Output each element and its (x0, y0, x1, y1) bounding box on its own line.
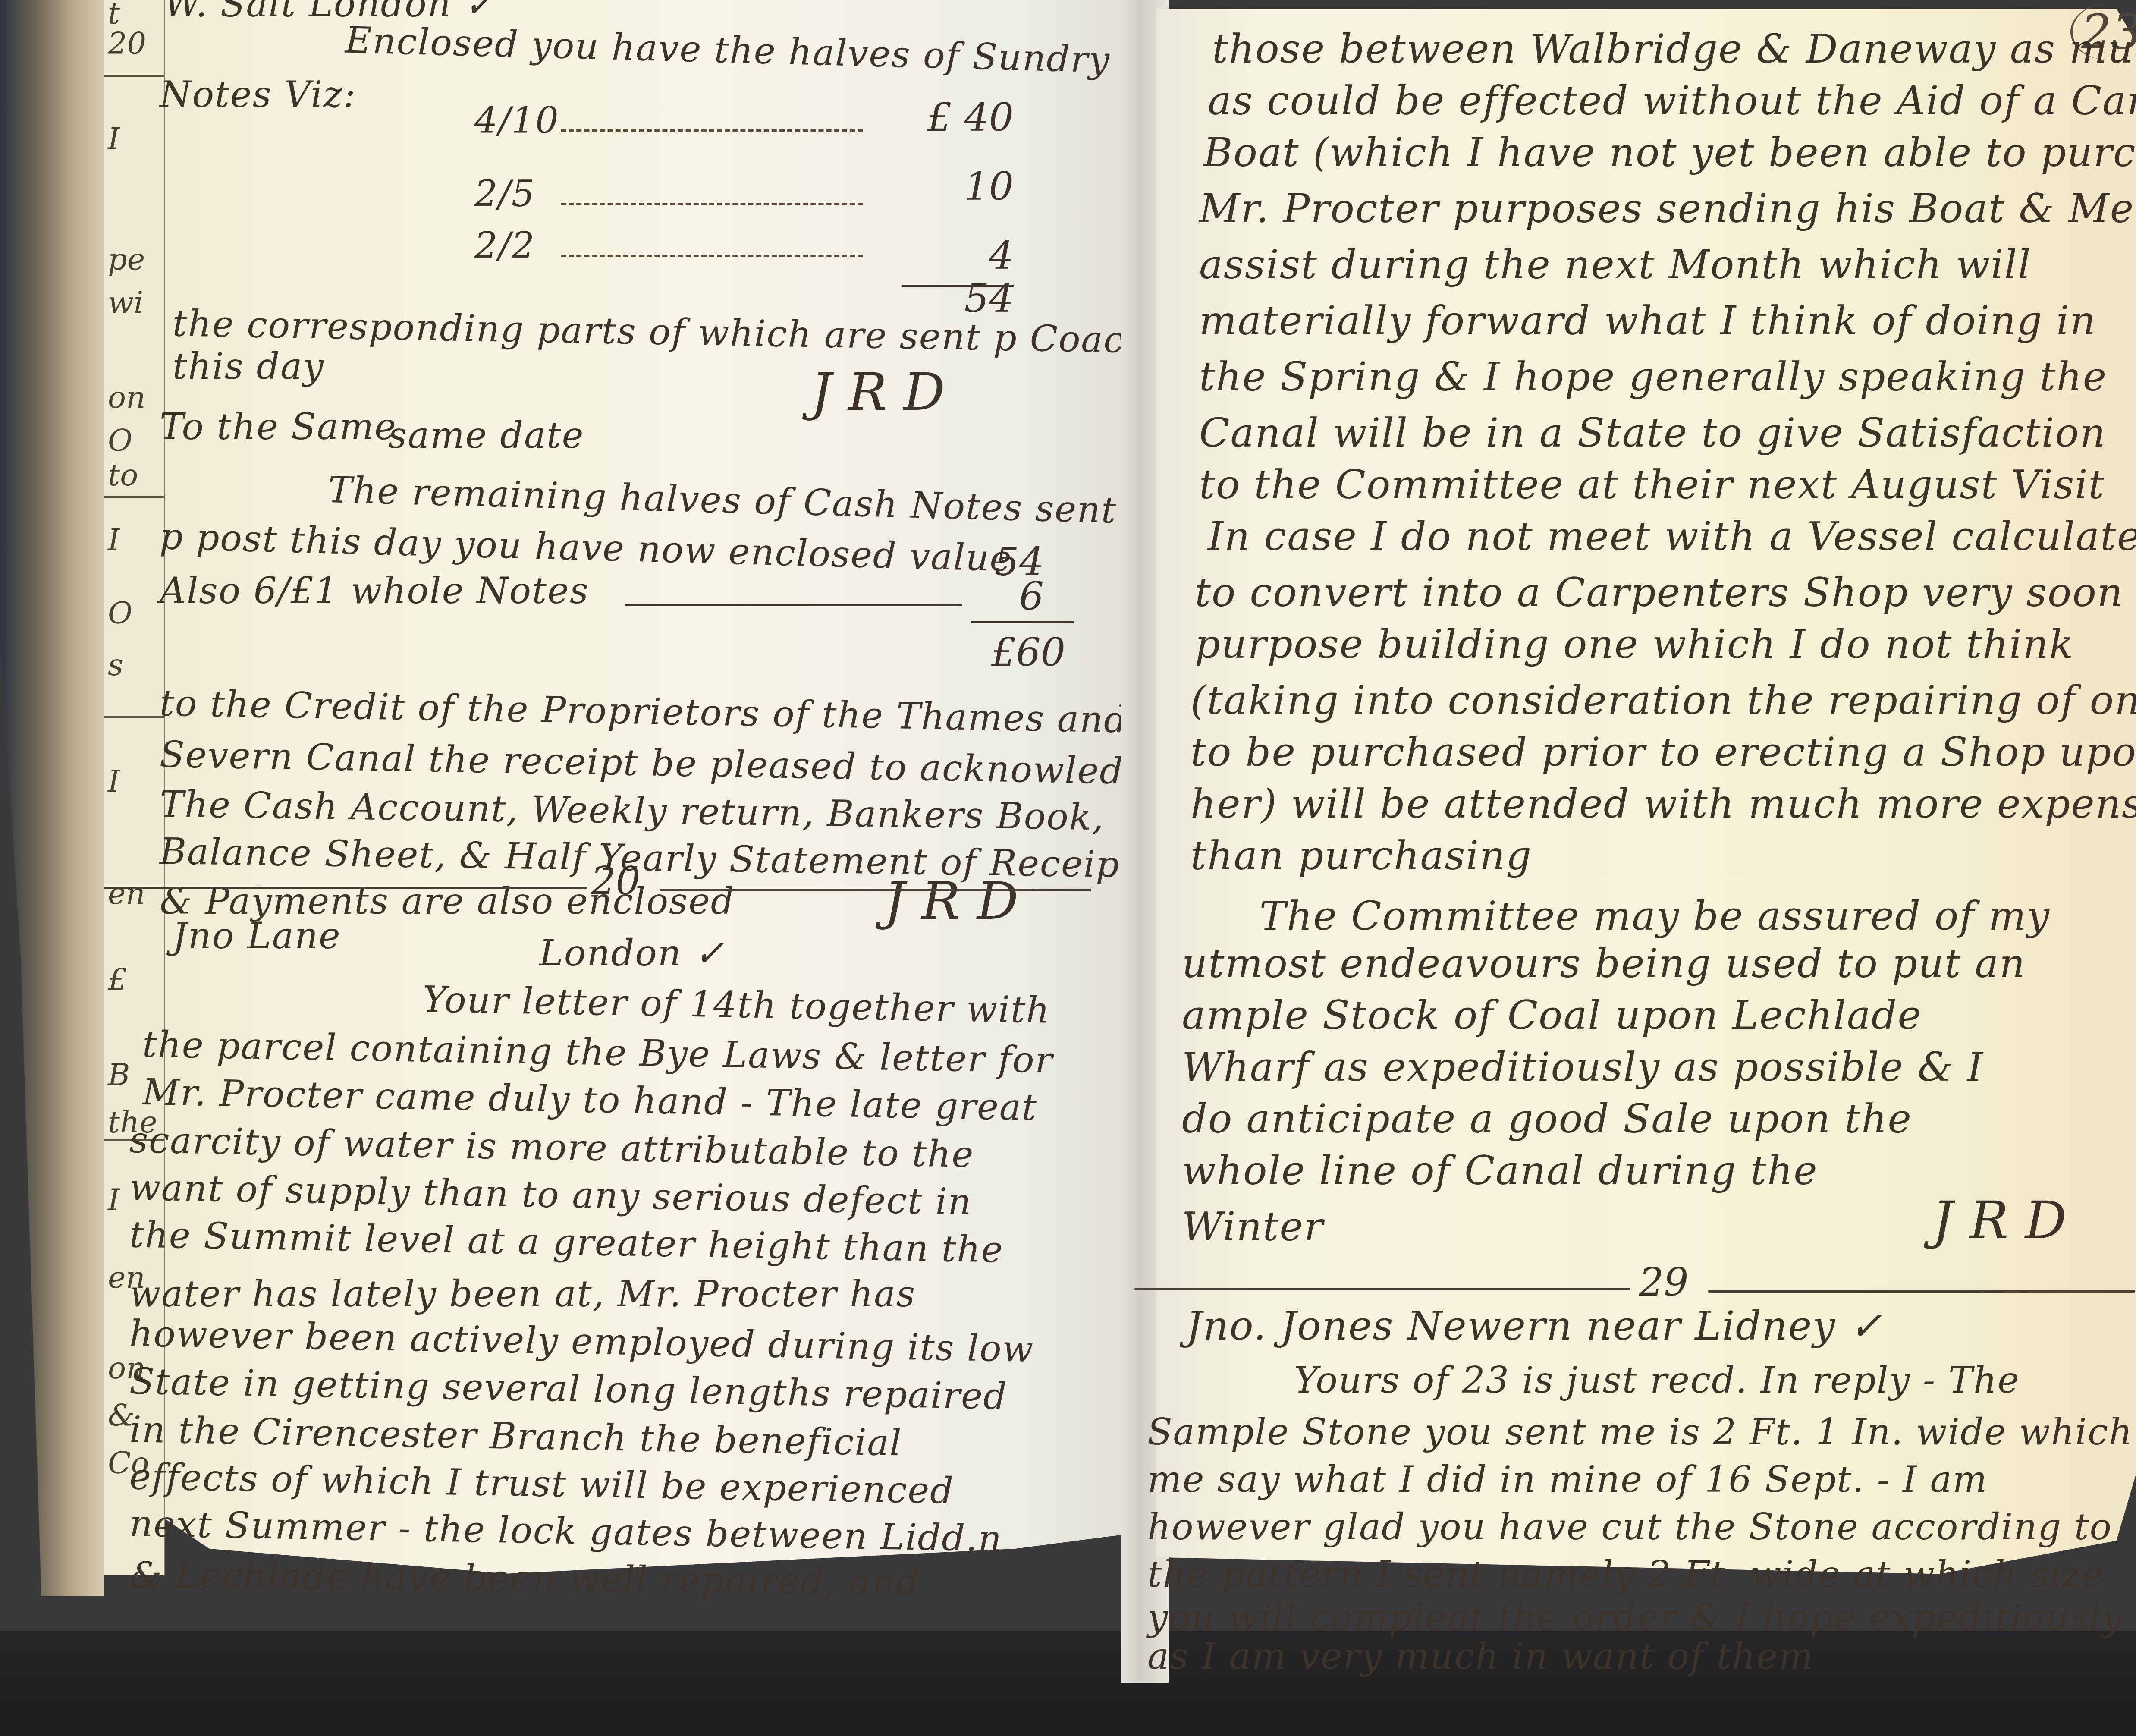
margin-fragment: on (108, 380, 145, 415)
signature: J R D (1932, 1191, 2067, 1251)
leader-dashes (561, 203, 863, 205)
letter-line: utmost endeavours being used to put an (1182, 940, 2026, 987)
letter-line: as could be effected without the Aid of … (1208, 78, 2136, 124)
letter-line: those between Walbridge & Daneway as muc… (1212, 26, 2136, 72)
letter-line: Wharf as expeditiously as possible & I (1182, 1044, 1984, 1090)
note-amount: £ 40 (884, 95, 1014, 140)
letter-line: Yours of 23 is just recd. In reply - The (1294, 1359, 2020, 1401)
signature: J R D (884, 871, 1018, 931)
letter-line: ample Stock of Coal upon Lechlade (1182, 992, 1922, 1038)
letter-line: Notes Viz: (160, 73, 356, 116)
letter-line: purpose building one which I do not thin… (1195, 621, 2074, 667)
letter-line: (taking into consideration the repairing… (1191, 677, 2136, 723)
margin-fragment: £ (108, 962, 127, 997)
letter-line: do anticipate a good Sale upon the (1182, 1096, 1912, 1142)
note-denomination: 2/5 (474, 173, 535, 215)
letter-line: In case I do not meet with a Vessel calc… (1208, 513, 2136, 560)
margin-fragment: pe (108, 242, 145, 277)
letter-line: however glad you have cut the Stone acco… (1147, 1506, 2112, 1548)
note-denomination: 2/2 (474, 224, 535, 267)
letter-line: the pattern I sent namely 2 Ft. wide at … (1147, 1553, 2104, 1595)
letter-place: London ✓ (539, 932, 726, 974)
letter-line: than purchasing (1191, 833, 1532, 879)
note-amount: 4 (884, 233, 1014, 278)
margin-fragment: I (108, 522, 120, 557)
letter-line: me say what I did in mine of 16 Sept. - … (1147, 1458, 1988, 1500)
scanner-bed-shadow (0, 1631, 2136, 1736)
note-denomination: 4/10 (474, 99, 559, 142)
letter-line: Boat (which I have not yet been able to … (1203, 129, 2136, 176)
date-rule-number: 29 (1639, 1260, 1689, 1305)
leader-dashes (561, 255, 863, 257)
margin-rule (104, 716, 164, 718)
letter-line: assist during the next Month which will (1199, 242, 2032, 288)
signature: J R D (811, 362, 945, 422)
margin-fragment: O (108, 423, 132, 458)
margin-fragment: wi (108, 285, 143, 320)
leader-line (625, 604, 962, 606)
letter-line: the Spring & I hope generally speaking t… (1199, 354, 2107, 400)
date-rule-number: 20 (591, 859, 641, 904)
letter-heading: To the Same (160, 406, 397, 448)
margin-fragment: en (108, 876, 145, 911)
margin-rule (104, 496, 164, 498)
amount: 6 (914, 574, 1044, 619)
letter-line: to convert into a Carpenters Shop very s… (1195, 569, 2136, 616)
sum-line (971, 621, 1074, 623)
margin-fragment: I (108, 1182, 120, 1217)
letter-line: water has lately been at, Mr. Procter ha… (129, 1273, 916, 1315)
addressee: Jno. Jones Newern near Lidney ✓ (1186, 1303, 1884, 1349)
margin-rule (104, 75, 164, 77)
letter-line: to be purchased prior to erecting a Shop… (1191, 729, 2136, 775)
date-rule-left (104, 887, 587, 889)
margin-fragment: B (108, 1057, 130, 1092)
margin-fragment: O (108, 595, 132, 631)
letter-line: Winter (1182, 1204, 1324, 1250)
letter-line: you will compleat the order & I hope exp… (1147, 1596, 2123, 1639)
letter-line: materially forward what I think of doing… (1199, 298, 2096, 344)
letter-line: & Lechlade have been well repaired, and (129, 1554, 920, 1603)
letter-line: Also 6/£1 whole Notes (160, 569, 589, 612)
letter-line: to the Committee at their next August Vi… (1199, 462, 2105, 508)
date-rule-right (660, 889, 1091, 891)
letter-line: The Committee may be assured of my (1260, 893, 2050, 939)
letter-date: same date (388, 414, 584, 456)
letter-line: her) will be attended with much more exp… (1191, 781, 2136, 827)
letter-line: Canal will be in a State to give Satisfa… (1199, 410, 2106, 456)
addressee: Jno Lane (173, 915, 341, 957)
margin-fragment: s (108, 647, 123, 682)
letter-line: as I am very much in want of them (1147, 1635, 1814, 1677)
leader-dashes (561, 129, 863, 132)
margin-fragment: to (108, 457, 138, 493)
letter-line: Sample Stone you sent me is 2 Ft. 1 In. … (1147, 1411, 2136, 1453)
total-amount: £60 (936, 630, 1065, 675)
margin-fragment: I (108, 121, 120, 156)
letter-line: whole line of Canal during the (1182, 1148, 1818, 1194)
date-rule-left (1134, 1288, 1630, 1290)
margin-fragment: I (108, 764, 120, 799)
margin-fragment: 20 (108, 26, 146, 61)
letter-line: Mr. Procter purposes sending his Boat & … (1199, 186, 2136, 232)
letter-line: this day (173, 345, 324, 387)
note-amount: 10 (884, 164, 1014, 209)
date-rule-right (1708, 1290, 2135, 1293)
